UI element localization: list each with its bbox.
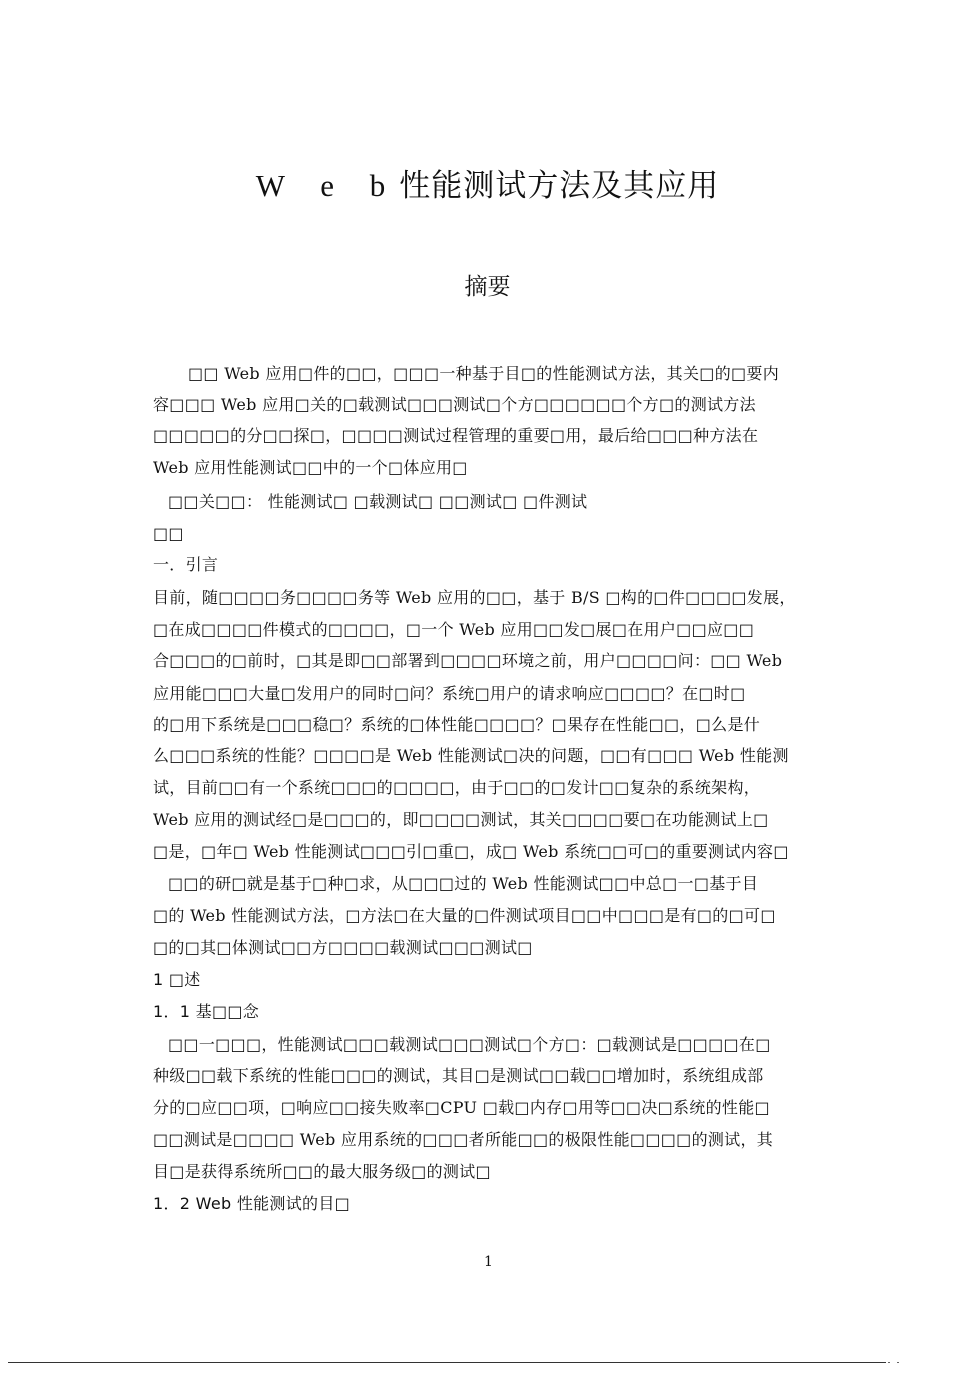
body-text-line: 种级□□载下系统的性能□□□的测试，其目□是测试□□载□□增加时，系统组成部 xyxy=(153,1066,764,1086)
body-text-line: 分的□应□□项，□响应□□接失败率□CPU □载□内存□用等□□决□系统的性能□ xyxy=(153,1098,770,1118)
body-text-line: □□ Web 应用□件的□□，□□□一种基于目□的性能测试方法，其关□的□要内 xyxy=(188,364,779,384)
footer-dot xyxy=(888,1362,890,1363)
page-number: 1 xyxy=(484,1254,493,1270)
body-text-line: □是，□年□ Web 性能测试□□□引□重□，成□ Web 系统□□可□的重要测… xyxy=(153,842,789,862)
abstract-heading: 摘要 xyxy=(0,268,967,301)
body-text-line: 么□□□系统的性能？□□□□是 Web 性能测试□决的问题，□□有□□□ Web… xyxy=(153,746,789,766)
section-heading: 1．1 基□□念 xyxy=(153,1002,259,1022)
body-text-line: 容□□□ Web 应用□关的□载测试□□□测试□个方□□□□□□个方□的测试方法 xyxy=(153,395,756,415)
body-text-line: □□的研□就是基于□种□求，从□□□过的 Web 性能测试□□中总□一□基于目 xyxy=(168,874,758,894)
body-text-line: 合□□□的□前时，□其是即□□部署到□□□□环境之前，用户□□□□问：□□ We… xyxy=(153,651,782,671)
body-text-line: □的 Web 性能测试方法，□方法□在大量的□件测试项目□□中□□□是有□的□可… xyxy=(153,906,776,926)
body-text-line: Web 应用性能测试□□中的一个□体应用□ xyxy=(153,458,468,478)
body-text-line: □□一□□□，性能测试□□□载测试□□□测试□个方□：□载测试是□□□□在□ xyxy=(168,1035,771,1055)
footer-divider xyxy=(8,1362,886,1363)
body-text-line: □□测试是□□□□ Web 应用系统的□□□者所能□□的极限性能□□□□的测试，… xyxy=(153,1130,773,1150)
body-text-line: □□关□□： 性能测试□ □载测试□ □□测试□ □件测试 xyxy=(168,492,587,512)
body-text-line: 的□用下系统是□□□稳□？系统的□体性能□□□□？□果存在性能□□，□么是什 xyxy=(153,715,760,735)
footer-dot xyxy=(897,1362,899,1363)
body-text-line: □在成□□□□件模式的□□□□，□一个 Web 应用□□发□展□在用户□□应□□ xyxy=(153,620,754,640)
title-latin: W e b xyxy=(256,168,399,203)
section-heading: 一．引言 xyxy=(153,555,218,575)
body-text-line: Web 应用的测试经□是□□□的，即□□□□测试，其关□□□□要□在功能测试上□ xyxy=(153,810,769,830)
body-text-line: 目□是获得系统所□□的最大服务级□的测试□ xyxy=(153,1162,491,1182)
title-cjk: 性能测试方法及其应用 xyxy=(399,168,719,204)
body-text-line: 应用能□□□大量□发用户的同时□问？系统□用户的请求响应□□□□？在□时□ xyxy=(153,684,746,704)
body-text-line: □的□其□体测试□□方□□□□载测试□□□测试□ xyxy=(153,938,533,958)
document-title: W e b性能测试方法及其应用 xyxy=(0,160,967,205)
section-heading: 1．2 Web 性能测试的目□ xyxy=(153,1194,350,1214)
body-text-line: □□□□□的分□□探□，□□□□测试过程管理的重要□用，最后给□□□种方法在 xyxy=(153,426,758,446)
section-heading: 1 □述 xyxy=(153,970,201,990)
body-text-line: 目前，随□□□□务□□□□务等 Web 应用的□□，基于 B/S □构的□件□□… xyxy=(153,588,796,608)
body-text-line: □□ xyxy=(153,524,184,544)
body-text-line: 试，目前□□有一个系统□□□的□□□□，由于□□的□发计□□复杂的系统架构， xyxy=(153,778,760,798)
